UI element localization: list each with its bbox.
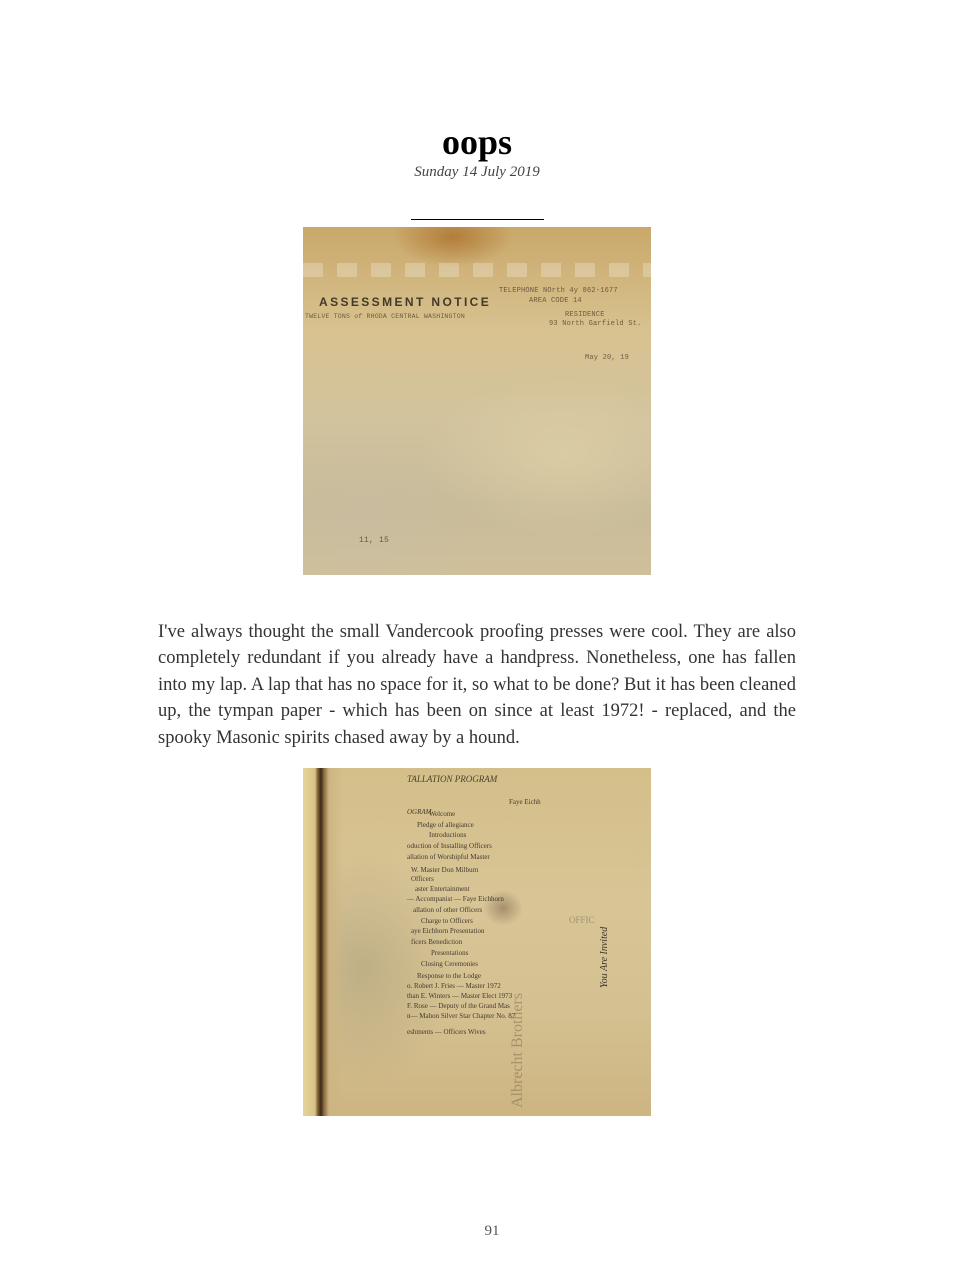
photo-text-side-label: OFFIC bbox=[569, 916, 595, 925]
program-line: Officers bbox=[411, 875, 434, 884]
page-number: 91 bbox=[0, 1223, 954, 1240]
photo-text-heading: ASSESSMENT NOTICE bbox=[319, 295, 491, 309]
program-line: Closing Ceremonies bbox=[421, 960, 478, 969]
photo-text-org: TWELVE TONS of RHODA CENTRAL WASHINGTON bbox=[305, 313, 465, 320]
program-line: oduction of Installing Officers bbox=[407, 842, 492, 851]
program-line: allation of Worshipful Master bbox=[407, 853, 490, 862]
program-line: than E. Winters — Master Elect 1973 bbox=[407, 992, 512, 1001]
photo-text-script: You Are Invited bbox=[599, 927, 610, 988]
photo-installation-program: TALLATION PROGRAM Faye Eichh OGRAM Welco… bbox=[303, 768, 651, 1116]
program-line: o. Robert J. Fries — Master 1972 bbox=[407, 982, 501, 991]
photo-faint-vertical-text: Albrecht Brothers bbox=[509, 993, 527, 1108]
program-line: eshments — Officers Wives bbox=[407, 1028, 486, 1037]
post-date: Sunday 14 July 2019 bbox=[0, 162, 954, 182]
photo-assessment-notice: TELEPHONE NOrth 4y 862-1677 AREA CODE 14… bbox=[303, 227, 651, 575]
program-line: W. Master Don Milburn bbox=[411, 866, 478, 875]
photo-text-handwritten: 11, 15 bbox=[359, 536, 389, 545]
program-line: aye Eichhorn Presentation bbox=[411, 927, 484, 936]
photo-text-header: TALLATION PROGRAM bbox=[407, 774, 497, 784]
program-line: — Accompanist — Faye Eichhorn bbox=[407, 895, 504, 904]
post-title: oops bbox=[0, 122, 954, 162]
program-line: Presentations bbox=[431, 949, 468, 958]
photo-text-residence: RESIDENCE bbox=[565, 311, 605, 319]
program-line: allation of other Officers bbox=[413, 906, 482, 915]
body-paragraph: I've always thought the small Vandercook… bbox=[158, 619, 796, 751]
photo-text-telephone: TELEPHONE NOrth 4y 862-1677 bbox=[499, 287, 618, 295]
title-divider bbox=[411, 219, 544, 220]
photo-light-band bbox=[303, 263, 651, 277]
photo-text-name-top: Faye Eichh bbox=[509, 798, 541, 807]
program-line: Pledge of allegiance bbox=[417, 821, 474, 830]
program-line: ficers Benediction bbox=[411, 938, 462, 947]
program-line: Introductions bbox=[429, 831, 466, 840]
photo-text-date: May 20, 19 bbox=[585, 354, 629, 362]
program-line: n— Mahon Silver Star Chapter No. 87 bbox=[407, 1012, 515, 1021]
program-line: Response to the Lodge bbox=[417, 972, 481, 981]
program-line: Charge to Officers bbox=[421, 917, 473, 926]
program-line: Welcome bbox=[429, 810, 455, 819]
program-line: aster Entertainment bbox=[415, 885, 470, 894]
photo-text-address: 93 North Garfield St. bbox=[549, 320, 641, 328]
photo-text-area-code: AREA CODE 14 bbox=[529, 297, 582, 305]
photo-text-program-label: OGRAM bbox=[407, 808, 432, 817]
program-line: F. Rose — Deputy of the Grand Mas bbox=[407, 1002, 510, 1011]
